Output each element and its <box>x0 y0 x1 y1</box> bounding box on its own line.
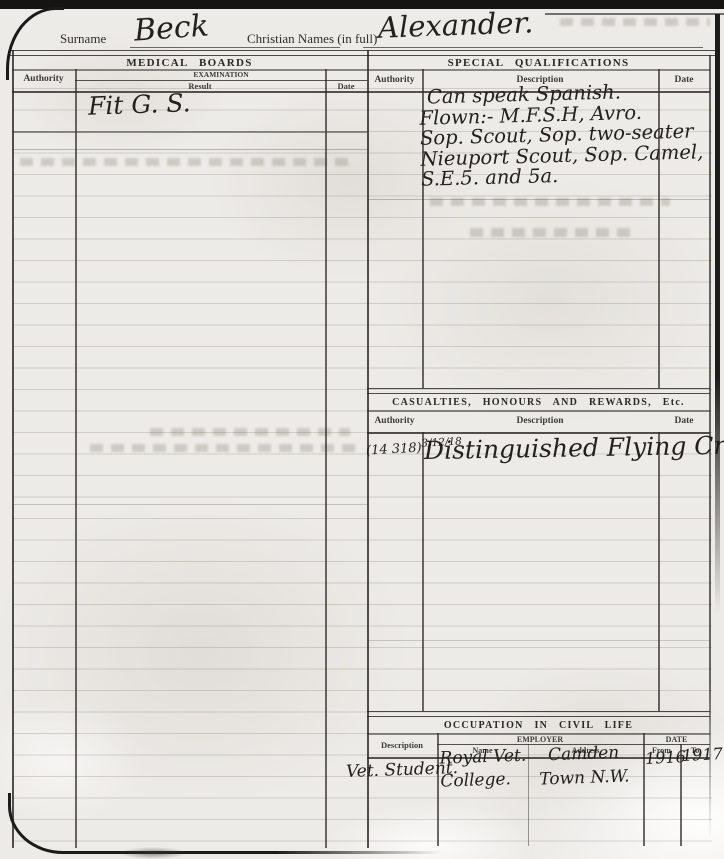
casualties-authority-divider <box>422 432 424 711</box>
occupation-section-double-rule <box>367 711 710 717</box>
casualties-description-entry: Distinguished Flying Cross. <box>424 430 724 465</box>
casualties-authority-number: (14 318) <box>366 441 422 459</box>
surname-underline <box>130 47 340 48</box>
record-card-page: Surname Beck Christian Names (in full) A… <box>0 0 724 859</box>
occupation-title: OCCUPATION IN CIVIL LIFE <box>367 720 710 731</box>
bleed-through-smudge <box>150 428 350 436</box>
casualties-date-divider <box>658 432 660 711</box>
medical-date-header: Date <box>325 81 367 91</box>
surname-label: Surname <box>60 31 106 47</box>
page-corner-top-left <box>6 7 64 80</box>
stray-rule <box>12 149 367 150</box>
christian-names-label: Christian Names (in full) <box>247 31 377 47</box>
occupation-employer-address-entry: Camden Town N.W. <box>524 740 644 792</box>
special-qualifications-title: SPECIAL QUALIFICATIONS <box>367 57 710 69</box>
surname-value: Beck <box>133 8 210 48</box>
christian-names-value: Alexander. <box>377 5 533 44</box>
casualties-date-header: Date <box>658 416 710 426</box>
casualties-title-underline <box>367 410 710 412</box>
casualties-description-header: Description <box>422 416 658 426</box>
header-double-rule <box>10 50 716 56</box>
left-table-authority-divider <box>75 69 77 848</box>
qualifications-authority-header: Authority <box>367 75 422 85</box>
stray-rule <box>12 504 367 505</box>
bleed-through-smudge <box>470 228 630 237</box>
medical-boards-title: MEDICAL BOARDS <box>12 57 367 69</box>
scan-edge-top-secondary <box>545 13 724 15</box>
bleed-through-smudge <box>560 18 710 26</box>
medical-result-entry: Fit G. S. <box>88 88 191 121</box>
stray-rule <box>367 199 710 200</box>
occupation-date-header: DATE <box>643 735 710 744</box>
occupation-from-entry: 1916 <box>645 747 687 768</box>
casualties-authority-header: Authority <box>367 416 422 426</box>
left-table-left-border <box>12 50 14 848</box>
qualifications-entry: Can speak Spanish. Flown:- M.F.S.H, Avro… <box>419 80 704 190</box>
bleed-through-smudge <box>90 444 360 452</box>
casualties-title: CASUALTIES, HONOURS AND REWARDS, Etc. <box>367 397 710 408</box>
occupation-description-header: Description <box>367 740 437 750</box>
casualties-section-double-rule <box>367 388 710 394</box>
scan-smudge <box>118 847 188 859</box>
stray-rule <box>367 640 710 641</box>
scan-edge-right <box>715 14 720 614</box>
scan-edge-top <box>0 0 724 9</box>
stray-rule <box>12 131 367 133</box>
left-table-date-divider <box>325 69 327 848</box>
bleed-through-smudge <box>20 158 350 166</box>
occupation-employer-name-entry: Royal Vet. College. <box>439 744 536 793</box>
medical-examination-header: EXAMINATION <box>75 70 367 79</box>
christian-names-underline <box>363 47 703 48</box>
medical-result-header: Result <box>75 81 325 91</box>
occupation-to-entry: 1917 <box>682 744 724 765</box>
